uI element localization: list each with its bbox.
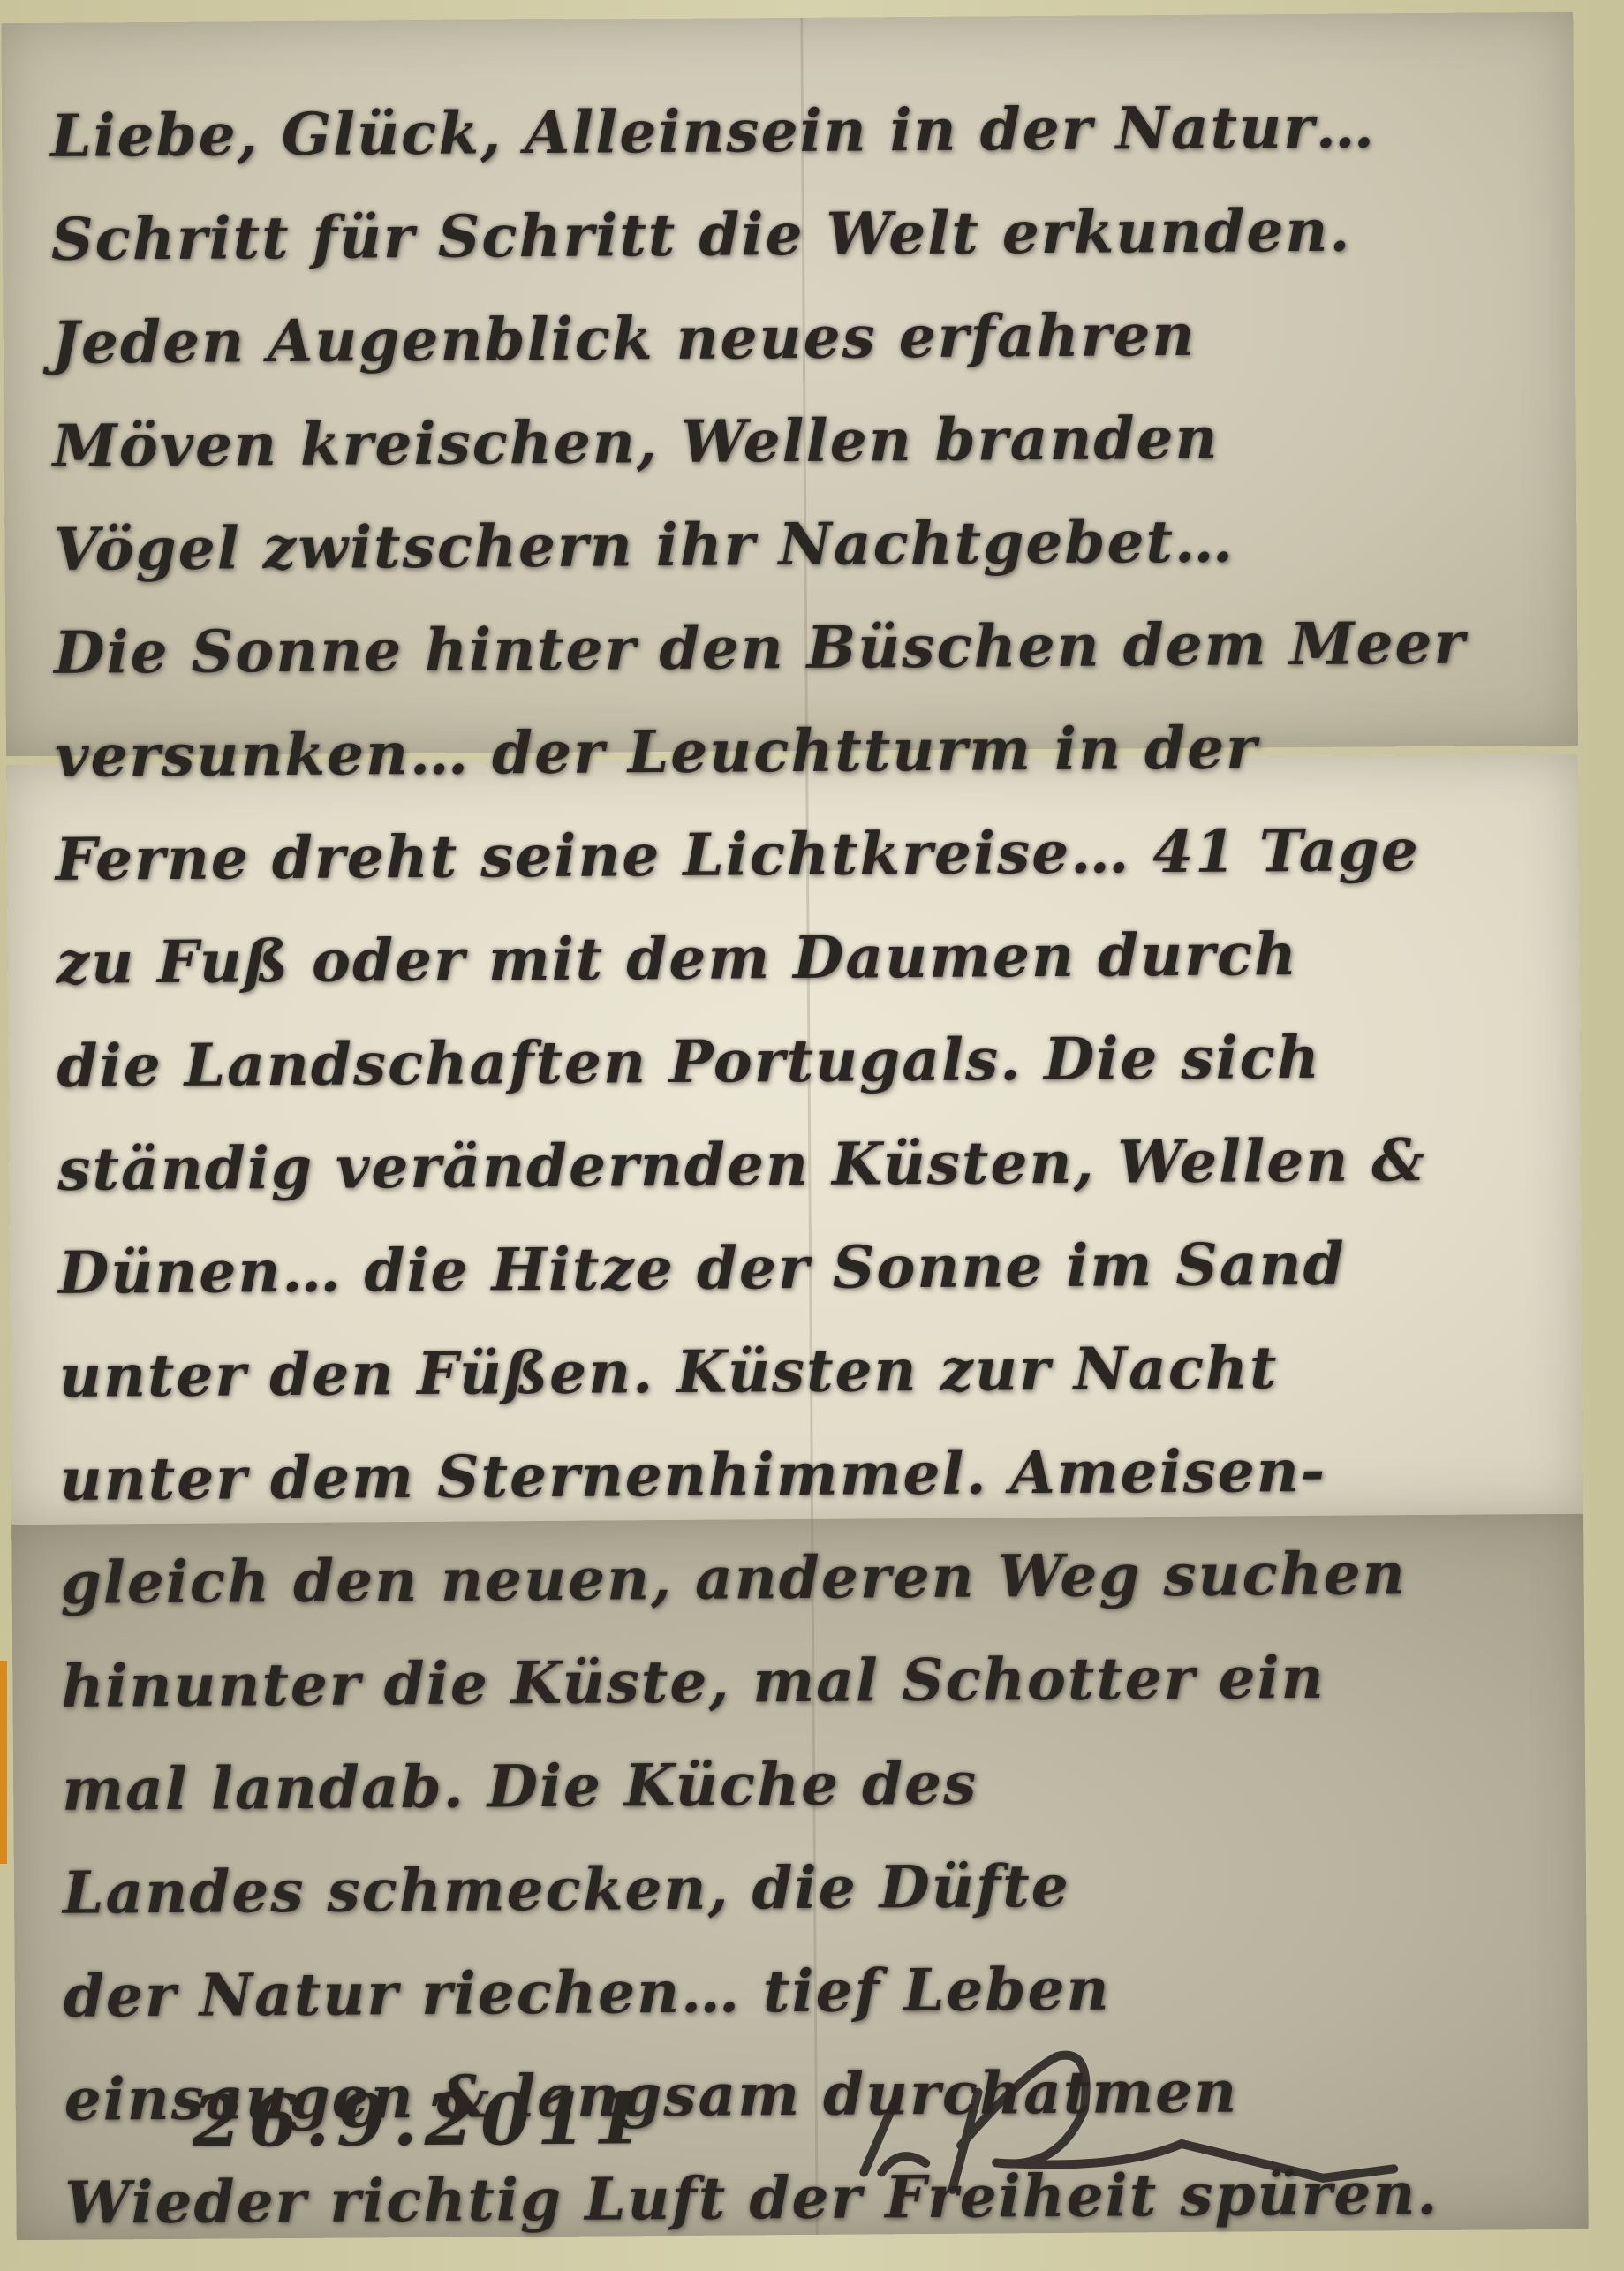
text-line: Schritt für Schritt die Welt erkunden.: [51, 178, 1553, 291]
text-line: der Natur riechen… tief Leben: [63, 1934, 1565, 2048]
handwritten-text: Liebe, Glück, Alleinsein in der Natur… S…: [50, 74, 1567, 2255]
text-line: unter den Füßen. Küsten zur Nacht: [59, 1314, 1561, 1428]
text-line: Die Sonne hinter den Büschen dem Meer: [54, 591, 1556, 705]
text-line: ständig verändernden Küsten, Wellen &: [57, 1108, 1560, 1222]
text-line: Vögel zwitschern ihr Nachtgebet…: [53, 488, 1555, 602]
text-line: versunken… der Leuchtturm in der: [55, 694, 1557, 808]
letter-date: 26.9.2011: [193, 2077, 650, 2163]
text-line: hinunter die Küste, mal Schotter ein: [61, 1624, 1563, 1738]
letter-footer: 26.9.2011 M. K.: [193, 2070, 1518, 2212]
text-line: Liebe, Glück, Alleinsein in der Natur…: [50, 74, 1552, 188]
text-line: zu Fuß oder mit dem Daumen durch: [56, 901, 1558, 1015]
text-line: Landes schmecken, die Düfte: [63, 1831, 1565, 1945]
signature-scribble: M. K.: [827, 2036, 1446, 2199]
text-line: Möven kreischen, Wellen branden: [52, 384, 1554, 498]
text-line: Dünen… die Hitze der Sonne im Sand: [58, 1211, 1560, 1325]
letter-paper: Liebe, Glück, Alleinsein in der Natur… S…: [1, 12, 1588, 2240]
text-line: Jeden Augenblick neues erfahren: [51, 281, 1553, 395]
text-line: gleich den neuen, anderen Weg suchen: [60, 1521, 1562, 1635]
orange-object-edge: [0, 1661, 7, 1864]
text-line: Ferne dreht seine Lichtkreise… 41 Tage: [55, 798, 1557, 912]
text-line: mal landab. Die Küche des: [62, 1728, 1564, 1842]
text-line: unter dem Sternenhimmel. Ameisen-: [59, 1418, 1561, 1532]
text-line: die Landschaften Portugals. Die sich: [57, 1004, 1559, 1118]
